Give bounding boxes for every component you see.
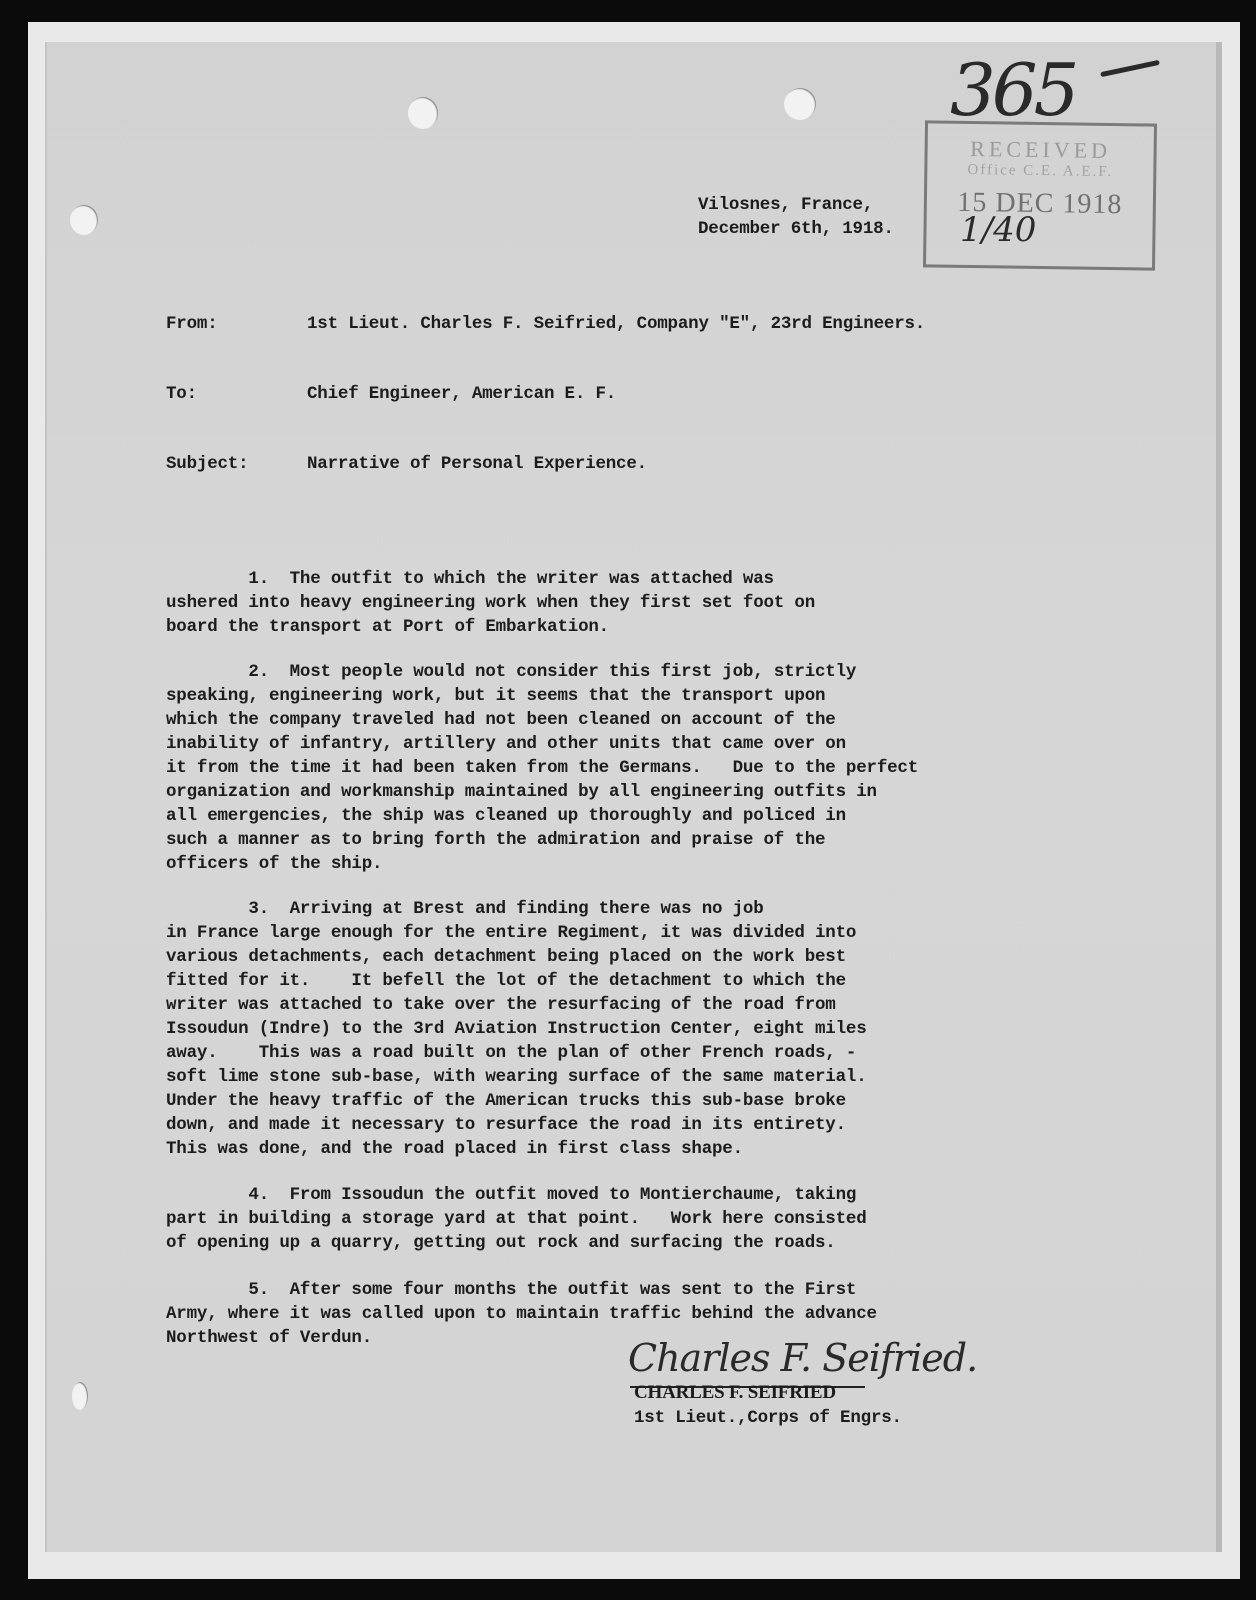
subject-label: Subject: bbox=[166, 452, 248, 477]
paragraph-line: Army, where it was called upon to mainta… bbox=[166, 1302, 877, 1327]
signer-title: 1st Lieut.,Corps of Engrs. bbox=[634, 1406, 902, 1431]
paragraph-line: 5. After some four months the outfit was… bbox=[166, 1278, 856, 1303]
punch-hole-top-right bbox=[784, 88, 816, 120]
punch-hole-left-lower bbox=[72, 1382, 88, 1410]
file-number: 365 bbox=[950, 48, 1075, 132]
received-stamp: RECEIVED Office C.E. A.E.F. 15 DEC 1918 bbox=[923, 120, 1157, 270]
from-label: From: bbox=[166, 312, 218, 337]
header-date: December 6th, 1918. bbox=[698, 217, 894, 242]
to-value: Chief Engineer, American E. F. bbox=[307, 382, 616, 407]
subject-value: Narrative of Personal Experience. bbox=[307, 452, 647, 477]
header-place: Vilosnes, France, bbox=[698, 193, 873, 218]
paragraph-line: officers of the ship. bbox=[166, 852, 382, 877]
punch-hole-left-upper bbox=[70, 205, 98, 235]
handwritten-signature: Charles F. Seifried. bbox=[628, 1336, 977, 1380]
stamp-office-label: Office C.E. A.E.F. bbox=[927, 161, 1153, 181]
paragraph-line: down, and made it necessary to resurface… bbox=[166, 1113, 846, 1138]
paragraph-line: such a manner as to bring forth the admi… bbox=[166, 828, 825, 853]
paragraph-line: inability of infantry, artillery and oth… bbox=[166, 732, 846, 757]
paragraph-line: soft lime stone sub-base, with wearing s… bbox=[166, 1065, 867, 1090]
paragraph-line: board the transport at Port of Embarkati… bbox=[166, 615, 609, 640]
stamp-received-label: RECEIVED bbox=[927, 135, 1153, 164]
paragraph-line: of opening up a quarry, getting out rock… bbox=[166, 1231, 836, 1256]
paragraph-line: fitted for it. It befell the lot of the … bbox=[166, 969, 846, 994]
paragraph-line: Northwest of Verdun. bbox=[166, 1326, 372, 1351]
paragraph-line: 3. Arriving at Brest and finding there w… bbox=[166, 897, 764, 922]
paragraph-line: in France large enough for the entire Re… bbox=[166, 921, 856, 946]
paragraph-line: 2. Most people would not consider this f… bbox=[166, 660, 856, 685]
paragraph-line: 1. The outfit to which the writer was at… bbox=[166, 567, 774, 592]
paragraph-line: This was done, and the road placed in fi… bbox=[166, 1137, 743, 1162]
paragraph-line: organization and workmanship maintained … bbox=[166, 780, 877, 805]
paragraph-line: speaking, engineering work, but it seems… bbox=[166, 684, 825, 709]
from-value: 1st Lieut. Charles F. Seifried, Company … bbox=[307, 312, 925, 337]
paragraph-line: various detachments, each detachment bei… bbox=[166, 945, 846, 970]
punch-hole-top-left bbox=[408, 97, 438, 129]
paragraph-line: all emergencies, the ship was cleaned up… bbox=[166, 804, 846, 829]
paragraph-line: Under the heavy traffic of the American … bbox=[166, 1089, 846, 1114]
stamp-handwritten-mark: 1/40 bbox=[960, 210, 1036, 250]
paragraph-line: which the company traveled had not been … bbox=[166, 708, 836, 733]
paragraph-line: 4. From Issoudun the outfit moved to Mon… bbox=[166, 1183, 856, 1208]
paragraph-line: writer was attached to take over the res… bbox=[166, 993, 836, 1018]
signer-name: CHARLES F. SEIFRIED bbox=[634, 1381, 836, 1406]
paragraph-line: part in building a storage yard at that … bbox=[166, 1207, 867, 1232]
paragraph-line: ushered into heavy engineering work when… bbox=[166, 591, 815, 616]
to-label: To: bbox=[166, 382, 197, 407]
paragraph-line: away. This was a road built on the plan … bbox=[166, 1041, 856, 1066]
paragraph-line: it from the time it had been taken from … bbox=[166, 756, 918, 781]
paragraph-line: Issoudun (Indre) to the 3rd Aviation Ins… bbox=[166, 1017, 867, 1042]
